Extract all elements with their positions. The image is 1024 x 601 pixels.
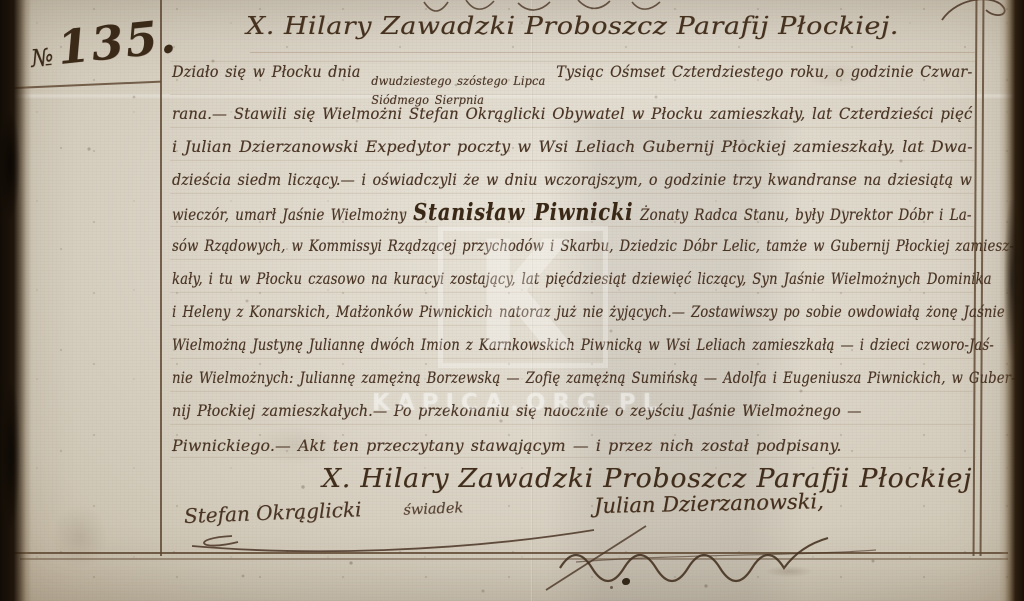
paper-blotch — [250, 425, 340, 465]
body-line: rana.— Stawili się Wielmożni Stefan Okrą… — [172, 104, 972, 123]
body-line: wieczór, umarł Jaśnie WielmożnyStanisław… — [172, 199, 972, 226]
witness-signature: Stefan Okrąglickiświadek — [184, 493, 464, 528]
priest-heading: X. Hilary Zawadzki Proboszcz Parafij Pło… — [246, 12, 899, 40]
heading-baseline-rule — [250, 52, 976, 53]
paper-blotch — [52, 505, 107, 569]
record-number: № 135. — [27, 9, 180, 78]
closing-priest-signature: X. Hilary Zawadzki Proboszcz Parafji Pło… — [322, 464, 972, 494]
body-line1-pre: Działo się w Płocku dnia — [172, 62, 360, 81]
body-line: kały, i tu w Płocku czasowo na kuracyi z… — [172, 269, 992, 288]
book-binding-edge — [0, 0, 36, 601]
paper-blotch — [800, 62, 870, 88]
deceased-name: Stanisław Piwnicki — [413, 199, 633, 226]
torn-page-edge — [997, 0, 1024, 601]
frame-left-rule — [160, 0, 162, 556]
body-line: i Heleny z Konarskich, Małżonków Piwnick… — [172, 302, 1005, 321]
body-line5-pre: wieczór, umarł Jaśnie Wielmożny — [172, 205, 406, 224]
scanned-death-record-page: № 135. X. Hilary Zawadzki Proboszcz Para… — [0, 0, 1024, 601]
body-line: dzieścia siedm liczący.— i oświadczyli ż… — [172, 170, 972, 189]
body-line5-post: Żonaty Radca Stanu, były Dyrektor Dóbr i… — [640, 205, 972, 224]
declarant-zigzag-flourish — [536, 512, 916, 594]
body-line: sów Rządowych, w Kommissyi Rządzącej prz… — [172, 236, 1014, 255]
body-line: Wielmożną Justynę Juliannę dwóch Imion z… — [172, 335, 994, 354]
body-line: nie Wielmożnych: Juliannę zamężną Borzew… — [172, 368, 1016, 387]
witness-role: świadek — [403, 500, 463, 518]
ink-blot — [622, 578, 630, 585]
body-line: nij Płockiej zamieszkałych.— Po przekona… — [172, 401, 862, 420]
ink-blot — [610, 586, 613, 589]
ink-smudge — [766, 566, 812, 577]
body-line1-post: Tysiąc Ośmset Czterdziestego roku, o god… — [556, 62, 972, 81]
body-line: i Julian Dzierzanowski Expedytor poczty … — [172, 137, 973, 156]
date-julian: dwudziestego szóstego Lipca — [371, 72, 545, 91]
